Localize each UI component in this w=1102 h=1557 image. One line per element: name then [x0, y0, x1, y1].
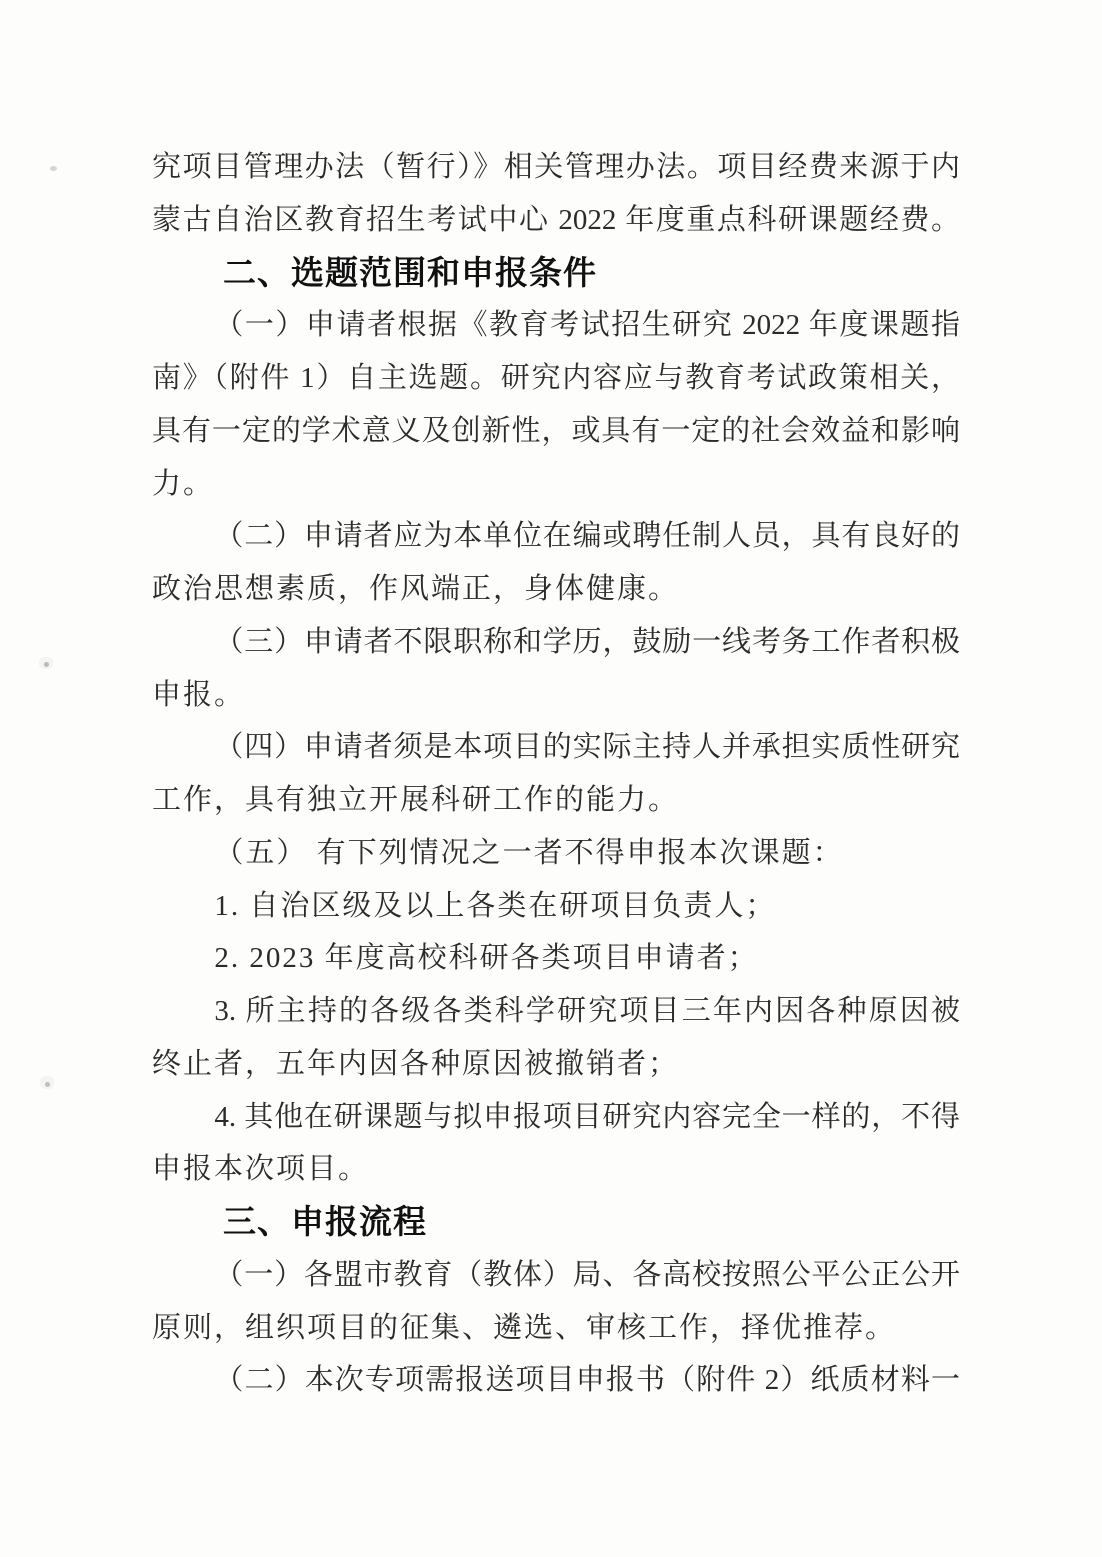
scan-speck — [50, 166, 57, 171]
document-line: 3. 所主持的各级各类科学研究项目三年内因各种原因被 — [152, 985, 960, 1038]
document-line: （二）本次专项需报送项目申报书（附件 2）纸质材料一 — [152, 1354, 960, 1407]
document-line: 原则，组织项目的征集、遴选、审核工作，择优推荐。 — [152, 1302, 960, 1355]
scan-speck — [44, 662, 49, 667]
document-line: 工作，具有独立开展科研工作的能力。 — [152, 774, 960, 827]
document-line: 1. 自治区级及以上各类在研项目负责人； — [152, 880, 960, 933]
document-line: 2. 2023 年度高校科研各类项目申请者； — [152, 932, 960, 985]
document-line: 政治思想素质，作风端正，身体健康。 — [152, 563, 960, 616]
document-line: 究项目管理办法（暂行）》相关管理办法。项目经费来源于内 — [152, 141, 960, 194]
document-line: （一）申请者根据《教育考试招生研究 2022 年度课题指 — [152, 299, 960, 352]
document-line: 申报本次项目。 — [152, 1143, 960, 1196]
document-line: 蒙古自治区教育招生考试中心 2022 年度重点科研课题经费。 — [152, 194, 960, 247]
scan-speck — [45, 1082, 50, 1087]
document-line: 力。 — [152, 458, 960, 511]
document-line: 具有一定的学术意义及创新性，或具有一定的社会效益和影响 — [152, 405, 960, 458]
document-line: （三）申请者不限职称和学历，鼓励一线考务工作者积极 — [152, 616, 960, 669]
document-line: 4. 其他在研课题与拟申报项目研究内容完全一样的，不得 — [152, 1091, 960, 1144]
document-line: （四）申请者须是本项目的实际主持人并承担实质性研究 — [152, 721, 960, 774]
document-body: 究项目管理办法（暂行）》相关管理办法。项目经费来源于内 蒙古自治区教育招生考试中… — [152, 141, 960, 1407]
document-page: 究项目管理办法（暂行）》相关管理办法。项目经费来源于内 蒙古自治区教育招生考试中… — [0, 0, 1102, 1557]
document-line: （一）各盟市教育（教体）局、各高校按照公平公正公开 — [152, 1249, 960, 1302]
section-heading: 三、申报流程 — [152, 1196, 960, 1249]
document-line: 南》（附件 1）自主选题。研究内容应与教育考试政策相关， — [152, 352, 960, 405]
section-heading: 二、选题范围和申报条件 — [152, 247, 960, 300]
document-line: 申报。 — [152, 669, 960, 722]
document-line: （二）申请者应为本单位在编或聘任制人员，具有良好的 — [152, 510, 960, 563]
document-line: （五） 有下列情况之一者不得申报本次课题： — [152, 827, 960, 880]
document-line: 终止者，五年内因各种原因被撤销者； — [152, 1038, 960, 1091]
